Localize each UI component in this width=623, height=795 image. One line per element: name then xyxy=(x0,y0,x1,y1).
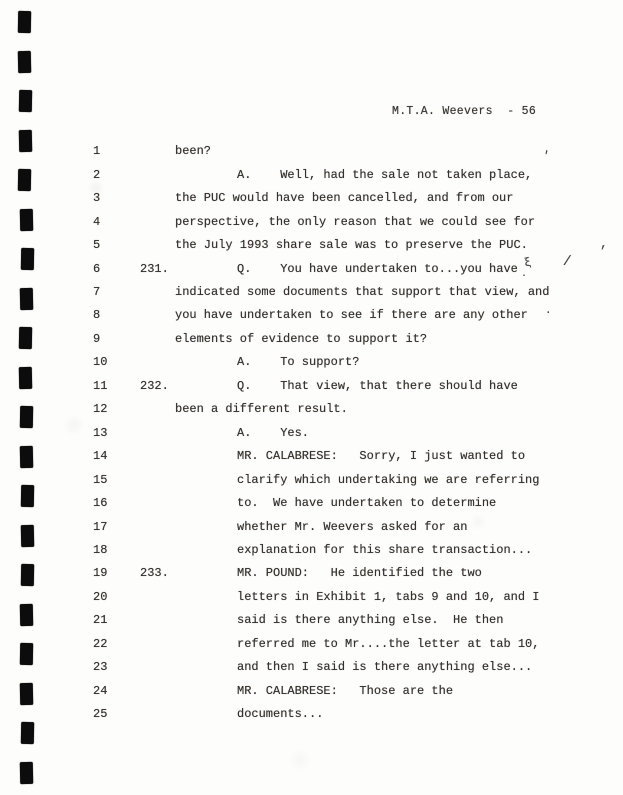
line-text: indicated some documents that support th… xyxy=(175,281,549,304)
line-text: explanation for this share transaction..… xyxy=(237,539,532,562)
line-number: 9 xyxy=(93,328,100,351)
line-number: 13 xyxy=(93,422,107,445)
line-number: 10 xyxy=(93,351,107,374)
line-text: MR. CALABRESE: Sorry, I just wanted to xyxy=(237,445,525,468)
transcript-line: 18explanation for this share transaction… xyxy=(0,539,623,562)
transcript-line: 7indicated some documents that support t… xyxy=(0,281,623,304)
line-text: referred me to Mr....the letter at tab 1… xyxy=(237,633,539,656)
scanned-transcript-page: M.T.A. Weevers - 56 1been?2A. Well, had … xyxy=(0,0,623,795)
line-text: documents... xyxy=(237,703,323,726)
line-number: 16 xyxy=(93,492,107,515)
line-text: A. To support? xyxy=(237,351,359,374)
line-text: clarify which undertaking we are referri… xyxy=(237,469,539,492)
line-text: the PUC would have been cancelled, and f… xyxy=(175,187,513,210)
line-number: 14 xyxy=(93,445,107,468)
line-number: 4 xyxy=(93,211,100,234)
line-number: 21 xyxy=(93,609,107,632)
line-number: 8 xyxy=(93,304,100,327)
line-number: 2 xyxy=(93,164,100,187)
transcript-line: 24MR. CALABRESE: Those are the xyxy=(0,680,623,703)
line-text: A. Well, had the sale not taken place, xyxy=(237,164,532,187)
line-text: Q. That view, that there should have xyxy=(237,375,518,398)
line-number: 11 xyxy=(93,375,107,398)
question-number: 231. xyxy=(140,258,169,281)
transcript-line: 9elements of evidence to support it? xyxy=(0,328,623,351)
line-text: said is there anything else. He then xyxy=(237,609,503,632)
line-number: 5 xyxy=(93,234,100,257)
transcript-line: 11232.Q. That view, that there should ha… xyxy=(0,375,623,398)
line-number: 17 xyxy=(93,516,107,539)
line-number: 24 xyxy=(93,680,107,703)
transcript-line: 16to. We have undertaken to determine xyxy=(0,492,623,515)
line-text: the July 1993 share sale was to preserve… xyxy=(175,234,528,257)
line-number: 1 xyxy=(93,140,100,163)
line-number: 7 xyxy=(93,281,100,304)
transcript-line: 12been a different result. xyxy=(0,398,623,421)
line-text: elements of evidence to support it? xyxy=(175,328,427,351)
line-text: and then I said is there anything else..… xyxy=(237,656,532,679)
line-text: A. Yes. xyxy=(237,422,309,445)
line-text: whether Mr. Weevers asked for an xyxy=(237,516,467,539)
transcript-body: 1been?2A. Well, had the sale not taken p… xyxy=(0,0,623,795)
line-number: 20 xyxy=(93,586,107,609)
line-number: 6 xyxy=(93,258,100,281)
line-number: 15 xyxy=(93,469,107,492)
line-text: been a different result. xyxy=(175,398,348,421)
line-number: 12 xyxy=(93,398,107,421)
transcript-line: 2A. Well, had the sale not taken place, xyxy=(0,164,623,187)
question-number: 232. xyxy=(140,375,169,398)
transcript-line: 15clarify which undertaking we are refer… xyxy=(0,469,623,492)
transcript-line: 4perspective, the only reason that we co… xyxy=(0,211,623,234)
line-text: perspective, the only reason that we cou… xyxy=(175,211,535,234)
line-number: 23 xyxy=(93,656,107,679)
line-number: 19 xyxy=(93,562,107,585)
transcript-line: 3the PUC would have been cancelled, and … xyxy=(0,187,623,210)
line-number: 22 xyxy=(93,633,107,656)
transcript-line: 10A. To support? xyxy=(0,351,623,374)
transcript-line: 19233.MR. POUND: He identified the two xyxy=(0,562,623,585)
question-number: 233. xyxy=(140,562,169,585)
line-text: letters in Exhibit 1, tabs 9 and 10, and… xyxy=(237,586,539,609)
line-number: 18 xyxy=(93,539,107,562)
transcript-line: 14MR. CALABRESE: Sorry, I just wanted to xyxy=(0,445,623,468)
line-number: 3 xyxy=(93,187,100,210)
transcript-line: 20letters in Exhibit 1, tabs 9 and 10, a… xyxy=(0,586,623,609)
transcript-line: 5the July 1993 share sale was to preserv… xyxy=(0,234,623,257)
line-text: to. We have undertaken to determine xyxy=(237,492,496,515)
line-text: MR. CALABRESE: Those are the xyxy=(237,680,453,703)
line-text: you have undertaken to see if there are … xyxy=(175,304,528,327)
transcript-line: 23and then I said is there anything else… xyxy=(0,656,623,679)
transcript-line: 25documents... xyxy=(0,703,623,726)
transcript-line: 1been? xyxy=(0,140,623,163)
transcript-line: 13A. Yes. xyxy=(0,422,623,445)
transcript-line: 22referred me to Mr....the letter at tab… xyxy=(0,633,623,656)
transcript-line: 21said is there anything else. He then xyxy=(0,609,623,632)
line-text: been? xyxy=(175,140,211,163)
line-number: 25 xyxy=(93,703,107,726)
transcript-line: 6231.Q. You have undertaken to...you hav… xyxy=(0,258,623,281)
line-text: MR. POUND: He identified the two xyxy=(237,562,482,585)
line-text: Q. You have undertaken to...you have xyxy=(237,258,518,281)
transcript-line: 8you have undertaken to see if there are… xyxy=(0,304,623,327)
transcript-line: 17whether Mr. Weevers asked for an xyxy=(0,516,623,539)
